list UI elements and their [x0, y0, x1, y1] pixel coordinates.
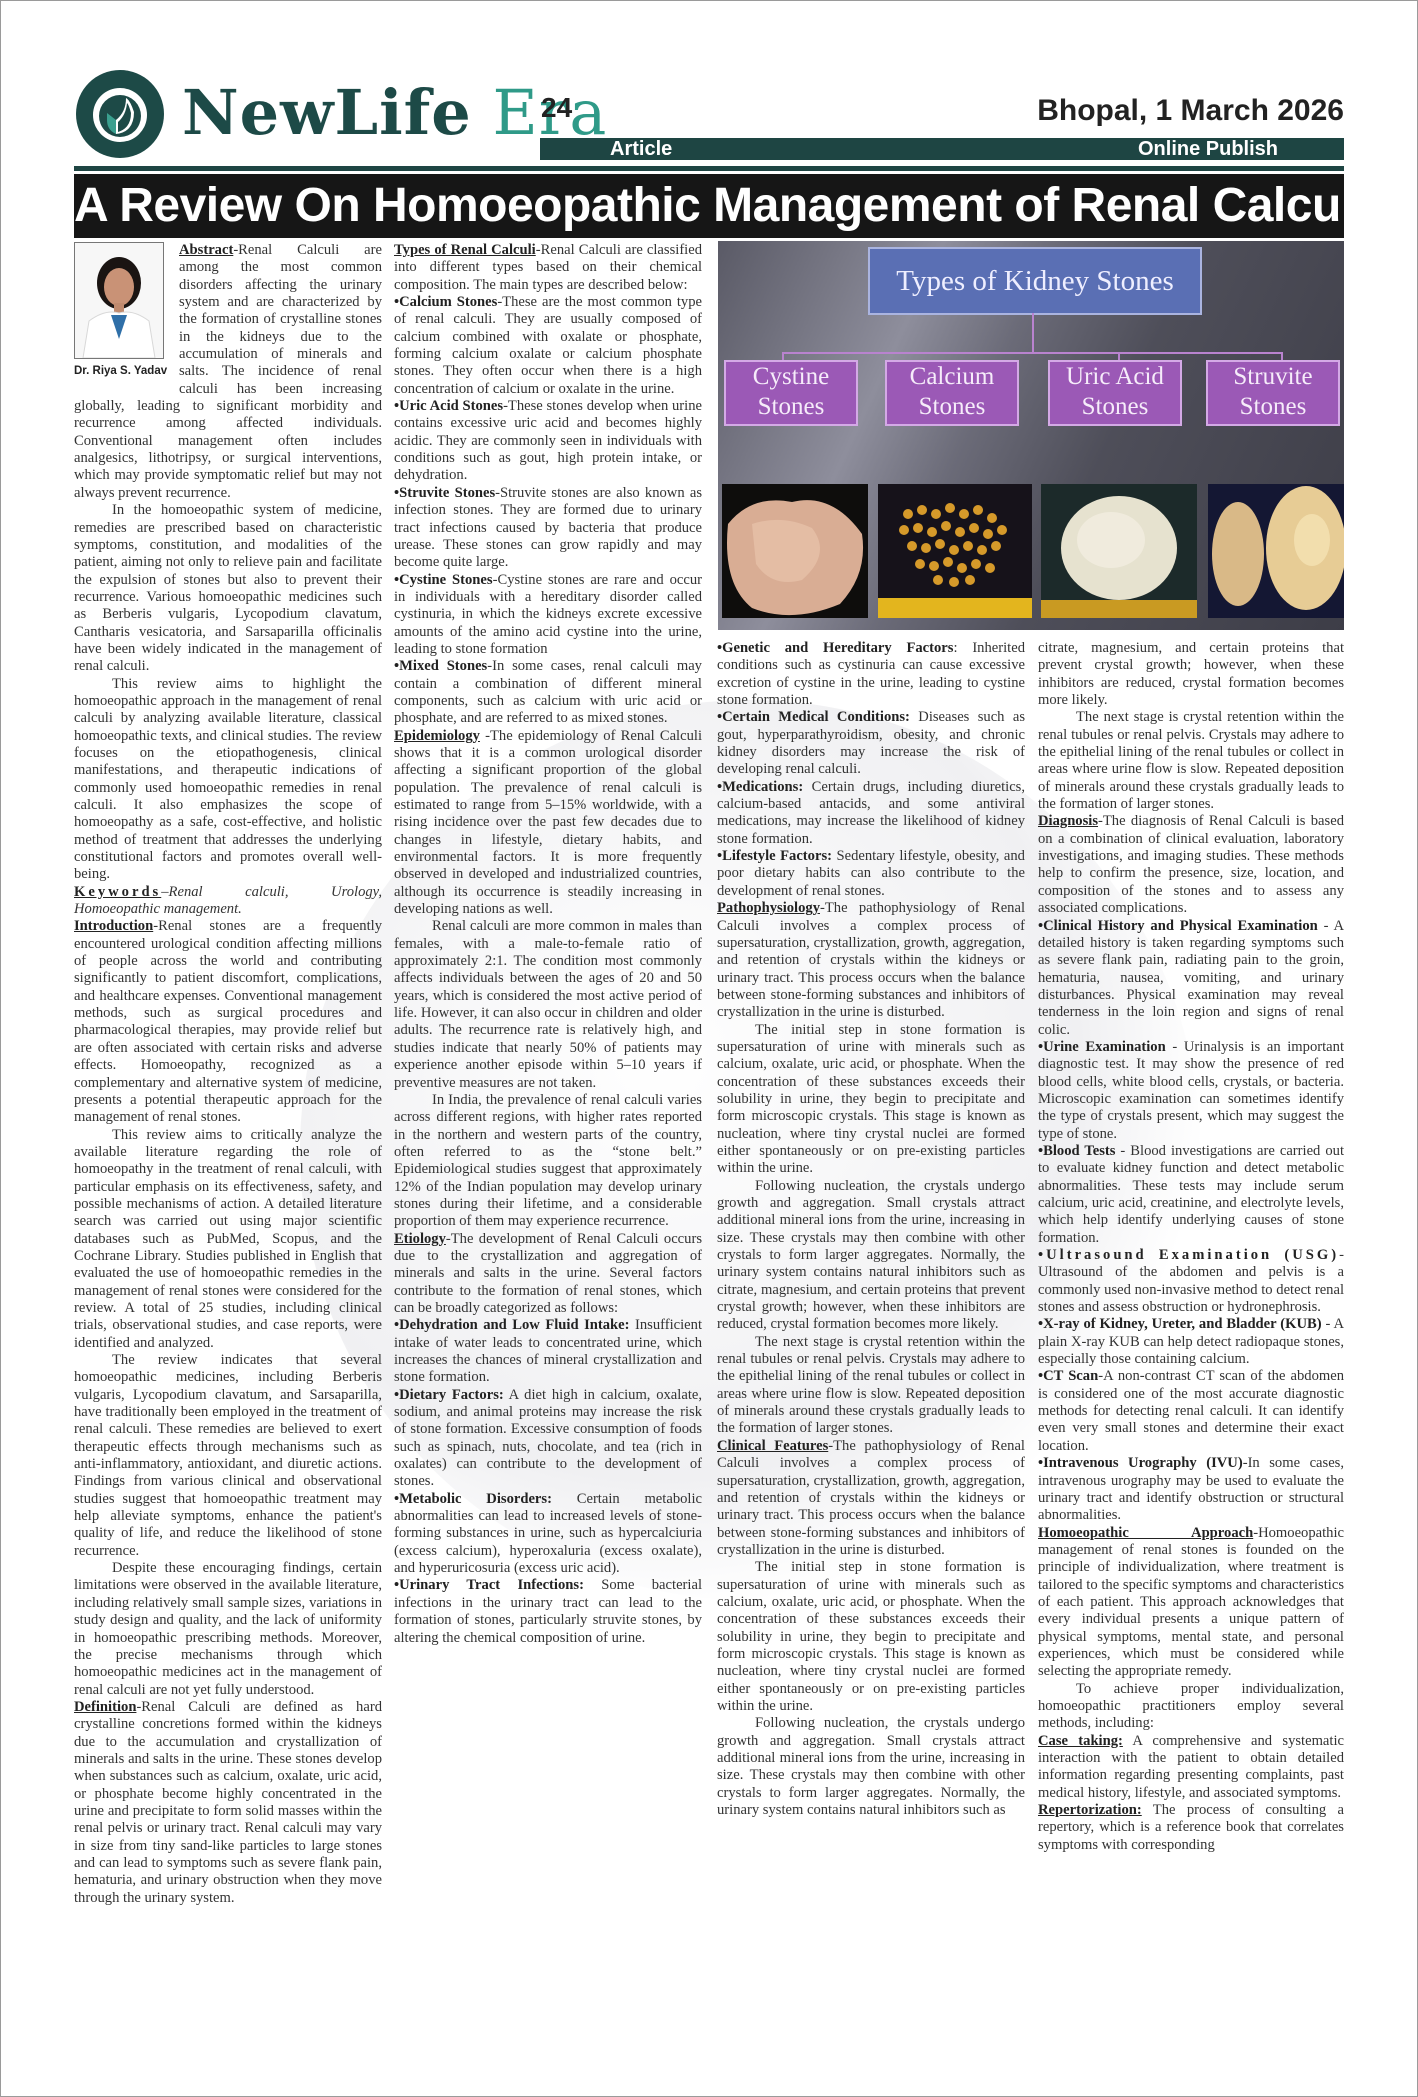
factor-name: •Dehydration and Low Fluid Intake:	[394, 1317, 630, 1333]
definition-heading: Definition	[74, 1699, 136, 1715]
article-headline: A Review On Homoeopathic Management of R…	[74, 174, 1344, 238]
factor-item: •Certain Medical Conditions: Diseases su…	[717, 709, 1025, 778]
diagnostic-name: •CT Scan	[1038, 1368, 1098, 1384]
connector-line	[1118, 352, 1120, 360]
factor-item: •Dehydration and Low Fluid Intake: Insuf…	[394, 1317, 702, 1386]
box-line: Struvite	[1208, 362, 1338, 392]
factor-item: •Urinary Tract Infections: Some bacteria…	[394, 1577, 702, 1646]
factor-name: •Certain Medical Conditions:	[717, 709, 910, 725]
masthead-rule	[74, 166, 1344, 171]
clinical-features-text: -The pathophysiology of Renal Calculi in…	[717, 1438, 1025, 1558]
type-name: •Mixed Stones	[394, 658, 487, 674]
masthead: NewLife Era 24 Bhopal, 1 March 2026 Arti…	[74, 66, 1344, 166]
box-line: Cystine	[726, 362, 856, 392]
section-bar: Article Online Publish	[540, 138, 1344, 160]
abstract-heading: Abstract	[179, 242, 233, 258]
homoeopathic-approach-heading: Homoeopathic Approach	[1038, 1525, 1253, 1541]
diagnostic-item: •Intravenous Urography (IVU)-In some cas…	[1038, 1455, 1344, 1524]
diagnostic-item: •CT Scan-A non-contrast CT scan of the a…	[1038, 1368, 1344, 1455]
factor-item: •Dietary Factors: A diet high in calcium…	[394, 1387, 702, 1491]
kidney-stone-types-figure: Types of Kidney Stones CystineStones Cal…	[718, 241, 1344, 630]
factor-item: •Lifestyle Factors: Sedentary lifestyle,…	[717, 848, 1025, 900]
definition-text: -Renal Calculi are defined as hard cryst…	[74, 1699, 382, 1906]
type-item: •Uric Acid Stones-These stones develop w…	[394, 398, 702, 485]
case-taking-heading: Case taking:	[1038, 1733, 1123, 1749]
factor-name: •Dietary Factors:	[394, 1387, 504, 1403]
epidemiology-text: -The epidemiology of Renal Calculi shows…	[394, 728, 702, 917]
factor-name: •Urinary Tract Infections:	[394, 1577, 584, 1593]
clinical-features-paragraph: The next stage is crystal retention with…	[1038, 709, 1344, 813]
figure-box-cystine: CystineStones	[724, 360, 858, 426]
box-line: Stones	[887, 392, 1017, 422]
column-2: Types of Renal Calculi-Renal Calculi are…	[394, 242, 702, 1647]
uric-acid-stone-photo	[1041, 484, 1197, 618]
diagnostic-name: •Blood Tests	[1038, 1143, 1115, 1159]
author-name: Dr. Riya S. Yadav	[74, 363, 169, 380]
figure-box-struvite: StruviteStones	[1206, 360, 1340, 426]
struvite-stone-photo	[1208, 484, 1344, 618]
diagnostic-name: •Urine Examination	[1038, 1039, 1166, 1055]
factor-name: •Genetic and Hereditary Factors	[717, 640, 953, 656]
pathophysiology-paragraph: Following nucleation, the crystals under…	[717, 1178, 1025, 1334]
diagnostic-name: •X-ray of Kidney, Ureter, and Bladder (K…	[1038, 1316, 1322, 1332]
abstract-paragraph: This review aims to highlight the homoeo…	[74, 676, 382, 884]
cystine-stone-image	[722, 484, 868, 618]
types-heading: Types of Renal Calculi	[394, 242, 536, 258]
introduction-heading: Introduction	[74, 918, 153, 934]
abstract-paragraph: In the homoeopathic system of medicine, …	[74, 502, 382, 675]
connector-line	[1032, 313, 1034, 353]
introduction-paragraph: The review indicates that several homoeo…	[74, 1352, 382, 1560]
clinical-features-paragraph: The initial step in stone formation is s…	[717, 1559, 1025, 1715]
diagnostic-name: •Intravenous Urography (IVU)	[1038, 1455, 1243, 1471]
factor-name: •Lifestyle Factors:	[717, 848, 832, 864]
diagnostic-item: •X-ray of Kidney, Ureter, and Bladder (K…	[1038, 1316, 1344, 1368]
epidemiology-heading: Epidemiology	[394, 728, 480, 744]
cystine-stone-photo	[722, 484, 868, 618]
type-item: •Calcium Stones-These are the most commo…	[394, 294, 702, 398]
diagnostic-text: - A detailed history is taken regarding …	[1038, 918, 1344, 1038]
box-line: Uric Acid	[1050, 362, 1180, 392]
diagnostic-item: •Ultrasound Examination (USG)-Ultrasound…	[1038, 1247, 1344, 1316]
diagnostic-name: •Ultrasound Examination (USG)	[1038, 1247, 1339, 1263]
epidemiology-paragraph: In India, the prevalence of renal calcul…	[394, 1092, 702, 1231]
factor-item: •Medications: Certain drugs, including d…	[717, 779, 1025, 848]
type-item: •Mixed Stones-In some cases, renal calcu…	[394, 658, 702, 727]
brand-newlife: NewLife	[182, 76, 472, 149]
dateline: Bhopal, 1 March 2026	[1037, 94, 1344, 128]
calcium-stone-image	[878, 484, 1032, 618]
type-name: •Cystine Stones	[394, 572, 493, 588]
pathophysiology-text: -The pathophysiology of Renal Calculi in…	[717, 900, 1025, 1020]
type-item: •Struvite Stones-Struvite stones are als…	[394, 485, 702, 572]
epidemiology-paragraph: Renal calculi are more common in males t…	[394, 918, 702, 1091]
box-line: Stones	[1208, 392, 1338, 422]
publish-label: Online Publish	[1138, 137, 1278, 161]
introduction-paragraph: This review aims to critically analyze t…	[74, 1127, 382, 1352]
figure-box-calcium: CalciumStones	[885, 360, 1019, 426]
figure-title: Types of Kidney Stones	[868, 247, 1202, 315]
clinical-features-continued: citrate, magnesium, and certain proteins…	[1038, 640, 1344, 709]
diagnostic-item: •Urine Examination - Urinalysis is an im…	[1038, 1039, 1344, 1143]
pathophysiology-heading: Pathophysiology	[717, 900, 820, 916]
column-4: citrate, magnesium, and certain proteins…	[1038, 640, 1344, 1854]
struvite-stone-image	[1208, 484, 1344, 618]
connector-line	[1281, 352, 1283, 360]
uric-acid-stone-image	[1041, 484, 1197, 618]
box-line: Stones	[1050, 392, 1180, 422]
factor-item: •Metabolic Disorders: Certain metabolic …	[394, 1491, 702, 1578]
diagnostic-item: •Clinical History and Physical Examinati…	[1038, 918, 1344, 1039]
figure-box-uric-acid: Uric AcidStones	[1048, 360, 1182, 426]
type-name: •Struvite Stones	[394, 485, 495, 501]
box-line: Stones	[726, 392, 856, 422]
introduction-text: -Renal stones are a frequently encounter…	[74, 918, 382, 1125]
homoeopathic-approach-paragraph: To achieve proper individualization, hom…	[1038, 1681, 1344, 1733]
factor-name: •Metabolic Disorders:	[394, 1491, 552, 1507]
author-portrait-icon	[75, 243, 163, 358]
clinical-features-paragraph: Following nucleation, the crystals under…	[717, 1715, 1025, 1819]
column-1: Dr. Riya S. Yadav Abstract-Renal Calculi…	[74, 242, 382, 1907]
connector-line	[782, 352, 784, 360]
section-label: Article	[610, 137, 672, 161]
homoeopathic-approach-text: -Homoeopathic management of renal stones…	[1038, 1525, 1344, 1680]
type-name: •Uric Acid Stones	[394, 398, 503, 414]
author-photo	[74, 242, 164, 359]
introduction-paragraph: Despite these encouraging findings, cert…	[74, 1560, 382, 1699]
column-3: •Genetic and Hereditary Factors: Inherit…	[717, 640, 1025, 1819]
clinical-features-heading: Clinical Features	[717, 1438, 828, 1454]
repertorization-heading: Repertorization:	[1038, 1802, 1142, 1818]
etiology-heading: Etiology	[394, 1231, 446, 1247]
box-line: Calcium	[887, 362, 1017, 392]
connector-line	[782, 352, 1282, 354]
diagnostic-name: •Clinical History and Physical Examinati…	[1038, 918, 1318, 934]
pathophysiology-paragraph: The initial step in stone formation is s…	[717, 1022, 1025, 1178]
diagnostic-item: •Blood Tests - Blood investigations are …	[1038, 1143, 1344, 1247]
type-item: •Cystine Stones-Cystine stones are rare …	[394, 572, 702, 659]
author-block: Dr. Riya S. Yadav	[74, 242, 169, 380]
keywords-heading: Keywords	[74, 884, 161, 900]
type-name: •Calcium Stones	[394, 294, 497, 310]
calcium-stone-photo	[878, 484, 1032, 618]
page-number: 24	[541, 92, 572, 124]
diagnosis-heading: Diagnosis	[1038, 813, 1098, 829]
factor-name: •Medications:	[717, 779, 803, 795]
pathophysiology-paragraph: The next stage is crystal retention with…	[717, 1334, 1025, 1438]
newlife-logo-icon	[74, 68, 166, 160]
factor-item: •Genetic and Hereditary Factors: Inherit…	[717, 640, 1025, 709]
